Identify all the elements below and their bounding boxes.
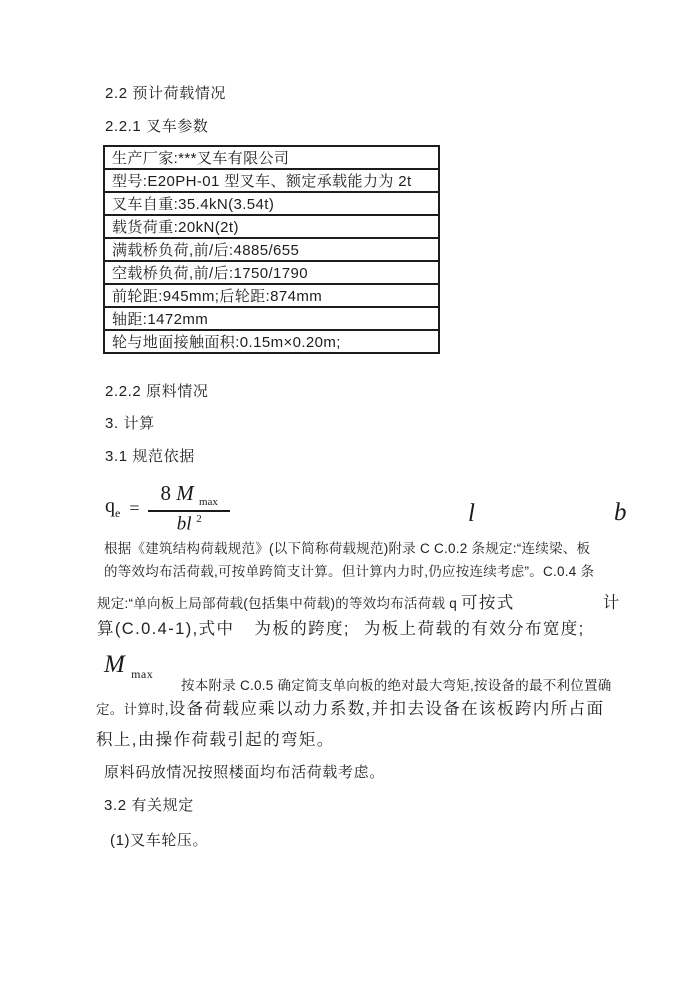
table-cell: 轮与地面接触面积:0.15m×0.20m;: [104, 330, 439, 353]
subscript-max-inline: max: [131, 667, 153, 681]
para2-line2-small: 定。计算时,: [96, 702, 169, 717]
subscript-e: e: [115, 506, 120, 520]
table-row: 空载桥负荷,前/后:1750/1790: [104, 261, 439, 284]
fraction-numerator: 8 M max: [148, 481, 229, 512]
table-cell: 轴距:1472mm: [104, 307, 439, 330]
table-cell: 空载桥负荷,前/后:1750/1790: [104, 261, 439, 284]
para2-line1: 按本附录 C.0.5 确定简支单向板的绝对最大弯矩,按设备的最不利位置确: [181, 679, 612, 693]
var-q: q: [105, 495, 115, 517]
para1-line3: 规定:“单向板上局部荷载(包括集中荷载)的等效均布活荷载 q 可按式计: [97, 595, 621, 612]
para1-line3-big2: 计: [603, 594, 621, 612]
para2-line3: 积上,由操作荷载引起的弯矩。: [96, 732, 335, 749]
document-page: 2.2 预计荷载情况 2.2.1 叉车参数 生产厂家:***叉车有限公司 型号:…: [0, 0, 700, 990]
superscript-2: 2: [196, 513, 202, 525]
heading-3-1: 3.1 规范依据: [105, 449, 195, 464]
forklift-parameter-table: 生产厂家:***叉车有限公司 型号:E20PH-01 型叉车、额定承载能力为 2…: [103, 145, 440, 354]
table-row: 生产厂家:***叉车有限公司: [104, 146, 439, 169]
para1-line1: 根据《建筑结构荷载规范》(以下简称荷载规范)附录 C C.0.2 条规定:“连续…: [104, 542, 590, 556]
table-row: 轮与地面接触面积:0.15m×0.20m;: [104, 330, 439, 353]
heading-2-2: 2.2 预计荷载情况: [105, 86, 226, 101]
var-l-inline: l: [468, 501, 475, 526]
para1-line4-seg1: 算(C.0.4-1),式中: [97, 620, 234, 638]
table-cell: 生产厂家:***叉车有限公司: [104, 146, 439, 169]
table-cell: 满载桥负荷,前/后:4885/655: [104, 238, 439, 261]
var-M: M: [176, 481, 194, 505]
equals-sign: =: [129, 498, 139, 519]
coefficient-8: 8: [160, 481, 176, 505]
heading-2-2-2: 2.2.2 原料情况: [105, 384, 209, 399]
equation-qe: qe = 8 M max bl 2: [105, 481, 230, 536]
var-Mmax: M max: [104, 652, 153, 680]
table-row: 叉车自重:35.4kN(3.54t): [104, 192, 439, 215]
para1-line4-seg3: 为板上荷载的有效分布宽度;: [364, 620, 585, 638]
subscript-max: max: [199, 496, 218, 508]
table-row: 载货荷重:20kN(2t): [104, 215, 439, 238]
para1-line4: 算(C.0.4-1),式中为板的跨度;为板上荷载的有效分布宽度;: [97, 621, 585, 638]
table-row: 型号:E20PH-01 型叉车、额定承载能力为 2t: [104, 169, 439, 192]
table-row: 轴距:1472mm: [104, 307, 439, 330]
heading-2-2-1: 2.2.1 叉车参数: [105, 119, 209, 134]
heading-3: 3. 计算: [105, 416, 155, 431]
var-b-inline: b: [614, 500, 627, 525]
fraction-denominator: bl 2: [148, 512, 229, 535]
para1-line3-small: 规定:“单向板上局部荷载(包括集中荷载)的等效均布活荷载 q: [97, 596, 461, 611]
para1-line4-seg2: 为板的跨度;: [254, 620, 349, 638]
para1-line2: 的等效均布活荷载,可按单跨简支计算。但计算内力时,仍应按连续考虑”。C.0.4 …: [104, 565, 594, 579]
fraction: 8 M max bl 2: [148, 481, 229, 536]
table-cell: 型号:E20PH-01 型叉车、额定承载能力为 2t: [104, 169, 439, 192]
para3-line: 原料码放情况按照楼面均布活荷载考虑。: [104, 765, 385, 780]
equation-lhs: qe: [105, 495, 120, 521]
table-cell: 前轮距:945mm;后轮距:874mm: [104, 284, 439, 307]
list-item-1: (1)叉车轮压。: [110, 833, 208, 848]
para2-line2: 定。计算时,设备荷载应乘以动力系数,并扣去设备在该板跨内所占面: [96, 701, 604, 718]
heading-3-2: 3.2 有关规定: [104, 798, 194, 813]
var-M-inline: M: [104, 651, 125, 678]
table-row: 前轮距:945mm;后轮距:874mm: [104, 284, 439, 307]
para1-line3-big1: 可按式: [461, 594, 515, 612]
table-row: 满载桥负荷,前/后:4885/655: [104, 238, 439, 261]
var-bl: bl: [177, 514, 192, 535]
para2-line2-big: 设备荷载应乘以动力系数,并扣去设备在该板跨内所占面: [169, 700, 605, 718]
table-cell: 载货荷重:20kN(2t): [104, 215, 439, 238]
table-cell: 叉车自重:35.4kN(3.54t): [104, 192, 439, 215]
